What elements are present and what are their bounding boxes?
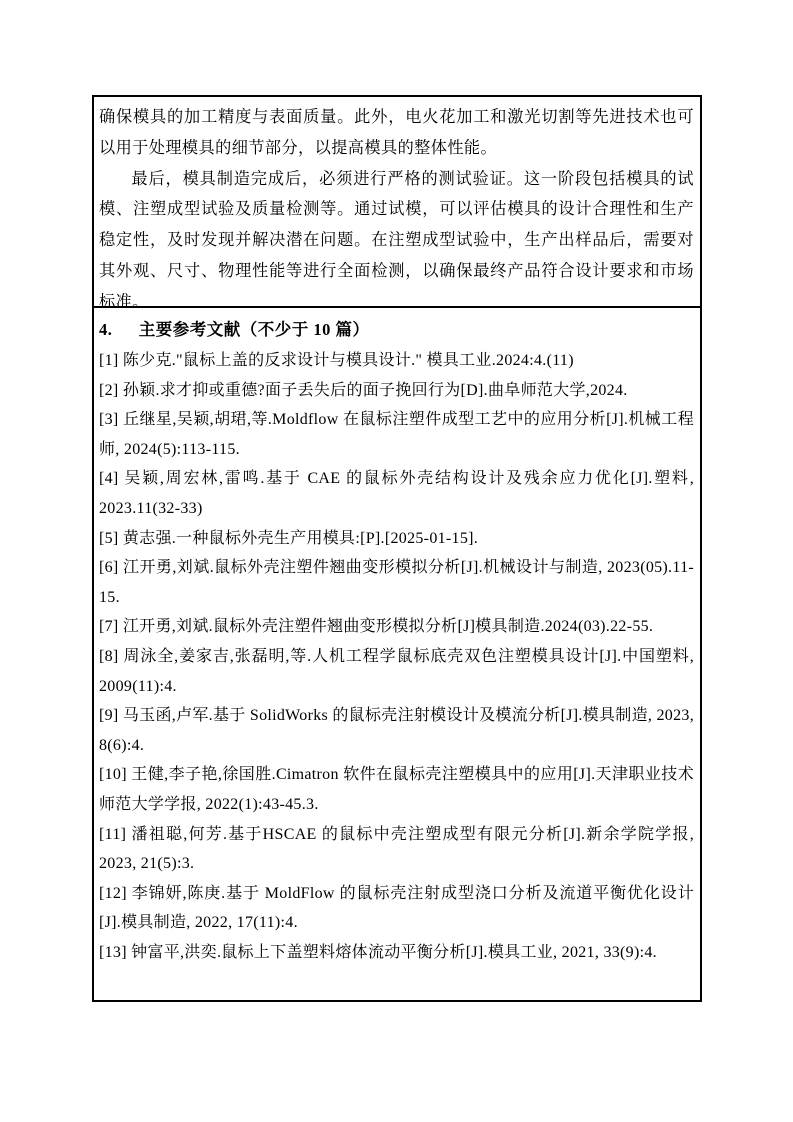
reference-item: [3] 丘继星,吴颖,胡珺,等.Moldflow 在鼠标注塑件成型工艺中的应用分… — [99, 405, 694, 464]
reference-item: [5] 黄志强.一种鼠标外壳生产用模具:[P].[2025-01-15]. — [99, 524, 694, 554]
reference-item: [12] 李锦妍,陈庚.基于 MoldFlow 的鼠标壳注射成型浇口分析及流道平… — [99, 879, 694, 938]
references-heading: 4.主要参考文献（不少于 10 篇） — [99, 315, 694, 345]
mold-testing-section: 确保模具的加工精度与表面质量。此外，电火花加工和激光切割等先进技术也可以用于处理… — [94, 97, 700, 308]
body-paragraph: 确保模具的加工精度与表面质量。此外，电火花加工和激光切割等先进技术也可以用于处理… — [99, 102, 694, 164]
document-table: 确保模具的加工精度与表面质量。此外，电火花加工和激光切割等先进技术也可以用于处理… — [92, 95, 702, 1002]
reference-item: [7] 江开勇,刘斌.鼠标外壳注塑件翘曲变形模拟分析[J]模具制造.2024(0… — [99, 612, 694, 642]
body-paragraph: 最后，模具制造完成后，必须进行严格的测试验证。这一阶段包括模具的试模、注塑成型试… — [99, 164, 694, 308]
reference-item: [2] 孙颖.求才抑或重德?面子丢失后的面子挽回行为[D].曲阜师范大学,202… — [99, 376, 694, 406]
reference-item: [6] 江开勇,刘斌.鼠标外壳注塑件翘曲变形模拟分析[J].机械设计与制造, 2… — [99, 553, 694, 612]
reference-item: [11] 潘祖聪,何芳.基于HSCAE 的鼠标中壳注塑成型有限元分析[J].新余… — [99, 820, 694, 879]
reference-item: [13] 钟富平,洪奕.鼠标上下盖塑料熔体流动平衡分析[J].模具工业, 202… — [99, 938, 694, 968]
heading-title: 主要参考文献（不少于 10 篇） — [139, 320, 370, 339]
reference-item: [10] 王健,李子艳,徐国胜.Cimatron 软件在鼠标壳注塑模具中的应用[… — [99, 760, 694, 819]
reference-item: [9] 马玉函,卢军.基于 SolidWorks 的鼠标壳注射模设计及模流分析[… — [99, 701, 694, 760]
reference-item: [8] 周泳全,姜家吉,张磊明,等.人机工程学鼠标底壳双色注塑模具设计[J].中… — [99, 642, 694, 701]
reference-item: [1] 陈少克."鼠标上盖的反求设计与模具设计." 模具工业.2024:4.(1… — [99, 346, 694, 376]
document-page: 确保模具的加工精度与表面质量。此外，电火花加工和激光切割等先进技术也可以用于处理… — [0, 0, 793, 1122]
heading-number: 4. — [99, 315, 112, 345]
reference-item: [4] 吴颖,周宏林,雷鸣.基于 CAE 的鼠标外壳结构设计及残余应力优化[J]… — [99, 464, 694, 523]
references-section: 4.主要参考文献（不少于 10 篇） [1] 陈少克."鼠标上盖的反求设计与模具… — [94, 308, 700, 998]
